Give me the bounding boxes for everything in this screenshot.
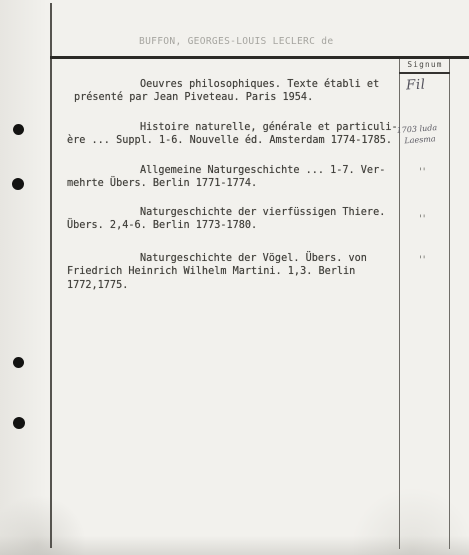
bibliography-entry: Oeuvres philosophiques. Texte établi et … — [74, 78, 419, 105]
entry-line: mehrte Übers. Berlin 1771-1774. — [67, 177, 412, 190]
left-margin-line — [50, 3, 52, 548]
bibliography-entry: Histoire naturelle, générale et particul… — [67, 121, 412, 148]
entry-line: ère ... Suppl. 1-6. Nouvelle éd. Amsterd… — [67, 134, 412, 147]
ditto-mark: '' — [419, 214, 427, 225]
entry-line: Histoire naturelle, générale et particul… — [67, 121, 412, 134]
signum-header-underline — [399, 72, 450, 74]
ditto-mark: '' — [419, 255, 427, 266]
entry-line: Oeuvres philosophiques. Texte établi et — [74, 78, 419, 91]
table-top-border — [50, 56, 469, 59]
hole-punch-dot — [13, 357, 24, 368]
hole-punch-dot — [13, 124, 24, 135]
entry-line: Naturgeschichte der Vögel. Übers. von — [67, 252, 412, 265]
ditto-mark: '' — [419, 167, 427, 178]
hole-punch-dot — [12, 178, 24, 190]
bibliography-entry: Naturgeschichte der vierfüssigen Thiere.… — [67, 206, 412, 233]
entry-line: 1772,1775. — [67, 279, 412, 292]
entry-line: Allgemeine Naturgeschichte ... 1-7. Ver- — [67, 164, 412, 177]
entry-line: Übers. 2,4-6. Berlin 1773-1780. — [67, 219, 412, 232]
author-heading: BUFFON, GEORGES-LOUIS LECLERC de — [139, 36, 359, 47]
handwritten-signum-line: Laesma — [397, 132, 453, 147]
entry-line: Naturgeschichte der vierfüssigen Thiere. — [67, 206, 412, 219]
handwritten-signum: 1703 luda Laesma — [396, 121, 452, 147]
hole-punch-dot — [13, 417, 25, 429]
handwritten-signum: Fil — [406, 77, 426, 94]
entry-line: présenté par Jean Piveteau. Paris 1954. — [74, 91, 419, 104]
signum-column-header: Signum — [400, 60, 450, 69]
catalog-card-page: BUFFON, GEORGES-LOUIS LECLERC de Signum … — [0, 0, 469, 555]
bibliography-entry: Allgemeine Naturgeschichte ... 1-7. Ver-… — [67, 164, 412, 191]
entry-line: Friedrich Heinrich Wilhelm Martini. 1,3.… — [67, 265, 412, 278]
bibliography-entry: Naturgeschichte der Vögel. Übers. von Fr… — [67, 252, 412, 292]
